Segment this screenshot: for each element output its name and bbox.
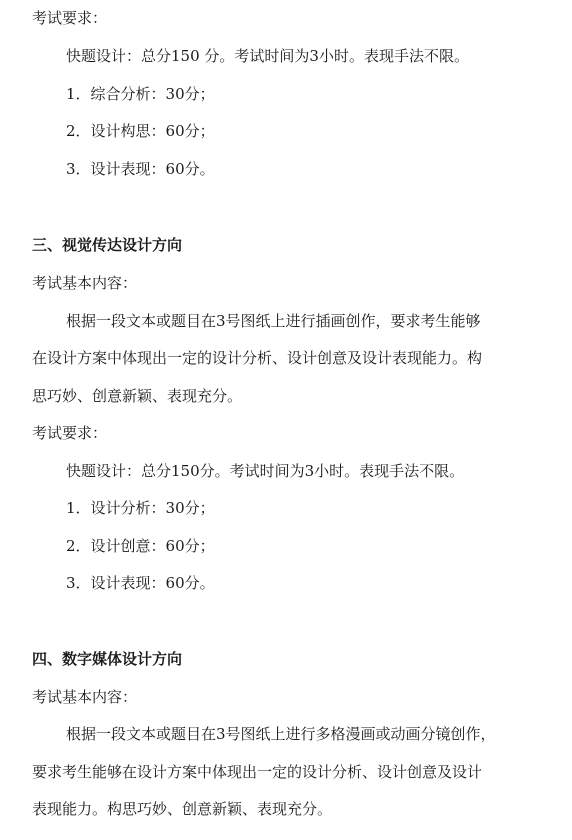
- content-paragraph-line: 思巧妙、创意新颖、表现充分。: [32, 386, 242, 406]
- requirement-item: 3．设计表现：60分。: [66, 573, 215, 593]
- requirement-item: 1．综合分析：30分；: [66, 84, 215, 104]
- section-heading: 三、视觉传达设计方向: [32, 235, 182, 255]
- content-paragraph-line: 在设计方案中体现出一定的设计分析、设计创意及设计表现能力。构: [32, 348, 482, 368]
- quick-design-text: 快题设计：总分150 分。考试时间为3小时。表现手法不限。: [66, 46, 469, 66]
- requirement-item: 2．设计创意：60分；: [66, 536, 215, 556]
- requirement-item: 1．设计分析：30分；: [66, 498, 215, 518]
- requirements-label: 考试要求：: [32, 423, 107, 443]
- content-paragraph-line: 根据一段文本或题目在3号图纸上进行多格漫画或动画分镜创作，: [66, 724, 496, 744]
- requirement-item: 2．设计构思：60分；: [66, 121, 215, 141]
- quick-design-text: 快题设计：总分150分。考试时间为3小时。表现手法不限。: [66, 461, 464, 481]
- content-label: 考试基本内容：: [32, 273, 137, 293]
- content-paragraph-line: 根据一段文本或题目在3号图纸上进行插画创作，要求考生能够: [66, 311, 481, 331]
- requirement-item: 3．设计表现：60分。: [66, 159, 215, 179]
- requirements-label: 考试要求：: [32, 8, 107, 28]
- content-label: 考试基本内容：: [32, 687, 137, 707]
- content-paragraph-line: 表现能力。构思巧妙、创意新颖、表现充分。: [32, 799, 332, 819]
- section-heading: 四、数字媒体设计方向: [32, 649, 182, 669]
- content-paragraph-line: 要求考生能够在设计方案中体现出一定的设计分析、设计创意及设计: [32, 762, 482, 782]
